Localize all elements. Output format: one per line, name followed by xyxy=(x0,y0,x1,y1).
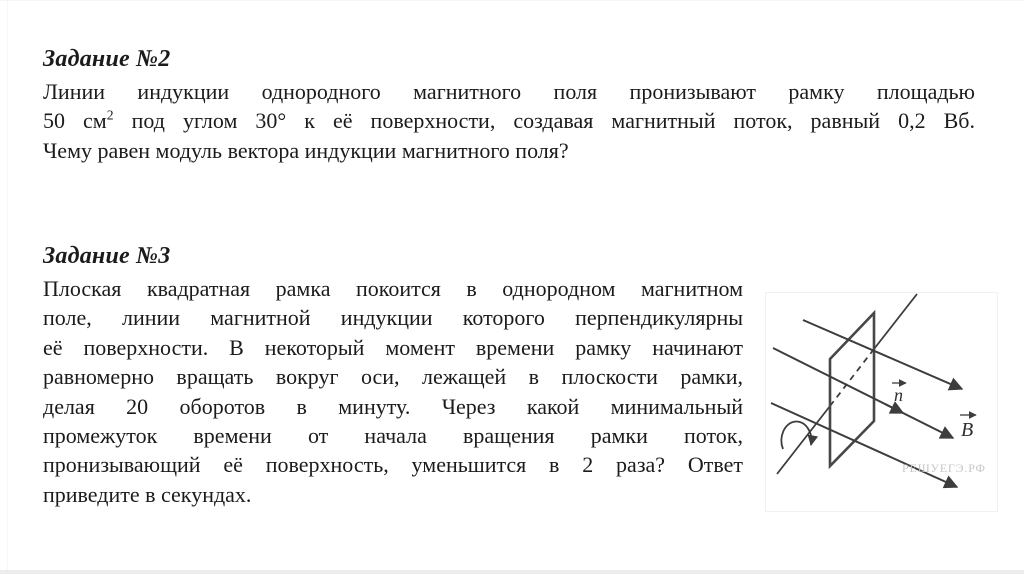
superscript-2: 2 xyxy=(107,108,114,123)
task-3-paragraph: Плоская квадратная рамка покоится в одно… xyxy=(43,274,743,509)
task-3-line: пронизывающий её поверхность, уменьшится… xyxy=(43,450,743,479)
task-2-title: Задание №2 xyxy=(43,46,975,72)
normal-vector-arrow xyxy=(885,404,903,413)
field-line-top xyxy=(803,320,962,389)
frame xyxy=(830,313,874,466)
document-page: Задание №2 Линии индукции однородного ма… xyxy=(0,0,1024,574)
task-2-section: Задание №2 Линии индукции однородного ма… xyxy=(43,46,975,165)
task-2-line-2: 50 см2 под углом 30° к её поверхности, с… xyxy=(43,106,975,135)
physics-diagram: n B РЕШУЕГЭ.РФ xyxy=(765,284,1015,513)
vector-b-label: B xyxy=(960,415,976,441)
task-3-line: приведите в секундах. xyxy=(43,480,743,509)
page-bottom-edge xyxy=(0,570,1024,574)
task-3-title: Задание №3 xyxy=(43,243,743,269)
task-3-line: её поверхности. В некоторый момент време… xyxy=(43,333,743,362)
task-3-line: поле, линии магнитной индукции которого … xyxy=(43,303,743,332)
vector-n-label: n xyxy=(892,383,906,405)
page-left-hairline xyxy=(7,1,8,574)
b-label-text: B xyxy=(961,419,973,441)
task-2-line-1: Линии индукции однородного магнитного по… xyxy=(43,77,975,106)
task-2-line-3: Чему равен модуль вектора индукции магни… xyxy=(43,136,975,165)
task-3-line: промежуток времени от начала вращения ра… xyxy=(43,421,743,450)
field-line-middle xyxy=(773,348,953,438)
n-label-text: n xyxy=(894,385,903,405)
task-3-line: равномерно вращать вокруг оси, лежащей в… xyxy=(43,362,743,391)
magnetic-frame-figure: n B РЕШУЕГЭ.РФ xyxy=(765,284,1015,513)
area-value-text: 50 см xyxy=(43,108,107,133)
task-3-line: делая 20 оборотов в минуту. Через какой … xyxy=(43,392,743,421)
task-3-line: Плоская квадратная рамка покоится в одно… xyxy=(43,274,743,303)
task-2-paragraph: Линии индукции однородного магнитного по… xyxy=(43,77,975,165)
task-2-line-2-rest: под углом 30° к её поверхности, создавая… xyxy=(132,108,975,133)
task-3-section: Задание №3 Плоская квадратная рамка поко… xyxy=(43,243,743,509)
watermark-text: РЕШУЕГЭ.РФ xyxy=(902,461,986,475)
